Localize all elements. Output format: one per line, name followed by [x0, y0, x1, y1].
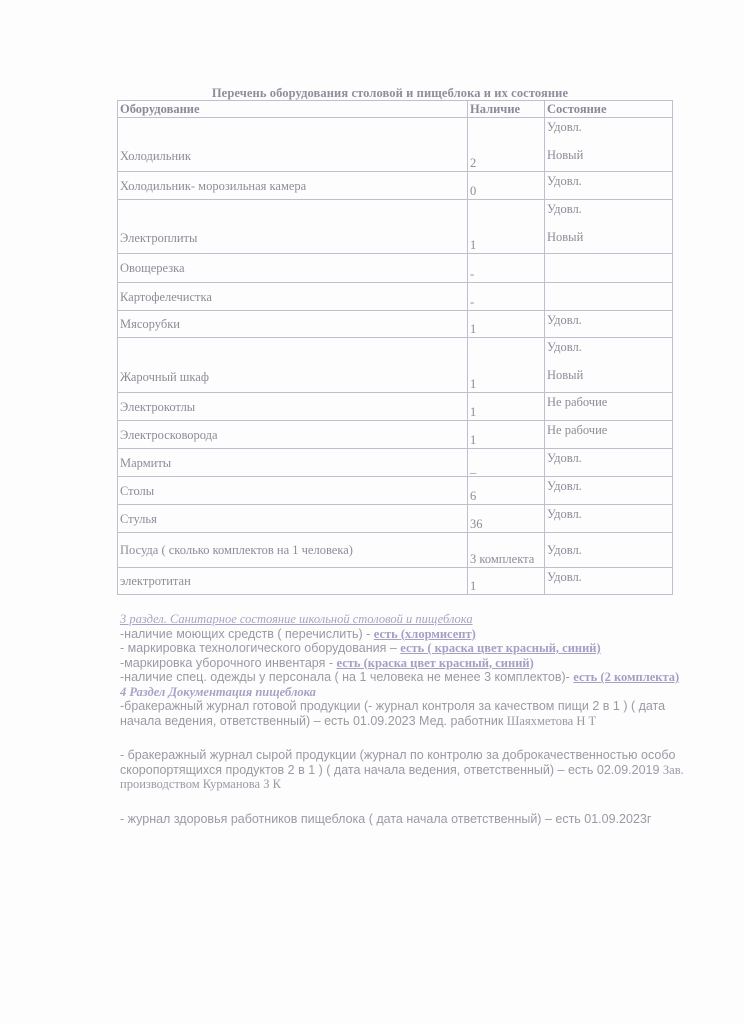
state-value: Новый — [547, 230, 670, 244]
equipment-quantity: 1 — [468, 200, 545, 254]
section-3-heading: 3 раздел. Санитарное состояние школьной … — [120, 612, 690, 627]
equipment-state: Не рабочие — [545, 421, 673, 449]
table-row: Мясорубки1Удовл. — [118, 311, 673, 338]
equipment-state: Удовл.Новый — [545, 200, 673, 254]
state-value: Не рабочие — [547, 423, 670, 437]
equipment-name: электротитан — [118, 568, 468, 595]
equipment-state: Удовл. — [545, 477, 673, 505]
doc-item-2: - бракеражный журнал сырой продукции (жу… — [120, 748, 690, 792]
table-row: Холодильник2Удовл.Новый — [118, 118, 673, 172]
table-row: Картофелечистка- — [118, 283, 673, 311]
sanitary-item: -наличие моющих средств ( перечислить) -… — [120, 627, 690, 642]
equipment-state: Удовл. — [545, 311, 673, 338]
table-row: Овощерезка- — [118, 254, 673, 283]
equipment-name: Овощерезка — [118, 254, 468, 283]
equipment-state — [545, 283, 673, 311]
equipment-name: Посуда ( сколько комплектов на 1 человек… — [118, 533, 468, 568]
state-value: Удовл. — [547, 479, 670, 493]
table-row: Электроплиты1Удовл.Новый — [118, 200, 673, 254]
equipment-name: Картофелечистка — [118, 283, 468, 311]
equipment-quantity: 0 — [468, 172, 545, 200]
table-row: Столы6Удовл. — [118, 477, 673, 505]
equipment-name: Электроплиты — [118, 200, 468, 254]
state-value: Удовл. — [547, 313, 670, 327]
equipment-quantity: 1 — [468, 311, 545, 338]
equipment-state: Не рабочие — [545, 393, 673, 421]
equipment-quantity: 1 — [468, 568, 545, 595]
equipment-table-body: Холодильник2Удовл.НовыйХолодильник- моро… — [118, 118, 673, 595]
equipment-state — [545, 254, 673, 283]
equipment-state: Удовл. — [545, 568, 673, 595]
table-row: Холодильник- морозильная камера0Удовл. — [118, 172, 673, 200]
sanitary-item: -наличие спец. одежды у персонала ( на 1… — [120, 670, 690, 685]
sanitary-answer: есть ( краска цвет красный, синий) — [400, 641, 600, 655]
equipment-state: Удовл. — [545, 172, 673, 200]
state-value: Удовл. — [547, 543, 670, 557]
equipment-quantity: 3 комплекта — [468, 533, 545, 568]
state-value: Удовл. — [547, 451, 670, 465]
equipment-state: Удовл.Новый — [545, 338, 673, 393]
equipment-quantity: 36 — [468, 505, 545, 533]
equipment-quantity: 1 — [468, 338, 545, 393]
doc-item-3: - журнал здоровья работников пищеблока (… — [120, 812, 690, 827]
equipment-quantity: 6 — [468, 477, 545, 505]
doc-item-1-signer: Шаяхметова Н Т — [507, 714, 596, 728]
state-value: Удовл. — [547, 202, 670, 216]
equipment-name: Стулья — [118, 505, 468, 533]
section-3: 3 раздел. Санитарное состояние школьной … — [120, 612, 690, 826]
sanitary-item: - маркировка технологического оборудован… — [120, 641, 690, 656]
equipment-quantity: 1 — [468, 393, 545, 421]
equipment-name: Холодильник — [118, 118, 468, 172]
table-row: Электросковорода1Не рабочие — [118, 421, 673, 449]
table-row: Мармиты_Удовл. — [118, 449, 673, 477]
equipment-name: Жарочный шкаф — [118, 338, 468, 393]
state-value: Удовл. — [547, 570, 670, 584]
table-row: Стулья36Удовл. — [118, 505, 673, 533]
state-value: Удовл. — [547, 174, 670, 188]
equipment-state: Удовл. — [545, 533, 673, 568]
state-value: Новый — [547, 148, 670, 162]
table-header-row: Оборудование Наличие Состояние — [118, 101, 673, 118]
equipment-quantity: 2 — [468, 118, 545, 172]
equipment-quantity: - — [468, 283, 545, 311]
equipment-name: Мармиты — [118, 449, 468, 477]
equipment-name: Столы — [118, 477, 468, 505]
sanitary-item: -маркировка уборочного инвентаря - есть … — [120, 656, 690, 671]
equipment-name: Холодильник- морозильная камера — [118, 172, 468, 200]
state-value: Удовл. — [547, 120, 670, 134]
equipment-name: Мясорубки — [118, 311, 468, 338]
table-row: электротитан1Удовл. — [118, 568, 673, 595]
equipment-state: Удовл.Новый — [545, 118, 673, 172]
equipment-state: Удовл. — [545, 505, 673, 533]
equipment-quantity: _ — [468, 449, 545, 477]
state-value: Удовл. — [547, 507, 670, 521]
doc-item-1: -бракеражный журнал готовой продукции (-… — [120, 699, 690, 728]
header-quantity: Наличие — [468, 101, 545, 118]
state-value: Новый — [547, 368, 670, 382]
header-state: Состояние — [545, 101, 673, 118]
equipment-table: Оборудование Наличие Состояние Холодильн… — [117, 100, 673, 595]
equipment-state: Удовл. — [545, 449, 673, 477]
equipment-name: Электросковорода — [118, 421, 468, 449]
equipment-quantity: - — [468, 254, 545, 283]
state-value: Не рабочие — [547, 395, 670, 409]
sanitary-answer: есть (краска цвет красный, синий) — [337, 656, 534, 670]
table-row: Жарочный шкаф1Удовл.Новый — [118, 338, 673, 393]
section-4-heading: 4 Раздел Документация пищеблока — [120, 685, 690, 700]
equipment-name: Электрокотлы — [118, 393, 468, 421]
sanitary-answer: есть (2 комплекта) — [573, 670, 679, 684]
table-row: Электрокотлы1Не рабочие — [118, 393, 673, 421]
header-equipment: Оборудование — [118, 101, 468, 118]
document-title: Перечень оборудования столовой и пищебло… — [110, 86, 670, 101]
state-value: Удовл. — [547, 340, 670, 354]
table-row: Посуда ( сколько комплектов на 1 человек… — [118, 533, 673, 568]
equipment-quantity: 1 — [468, 421, 545, 449]
sanitary-answer: есть (хлормисепт) — [374, 627, 476, 641]
